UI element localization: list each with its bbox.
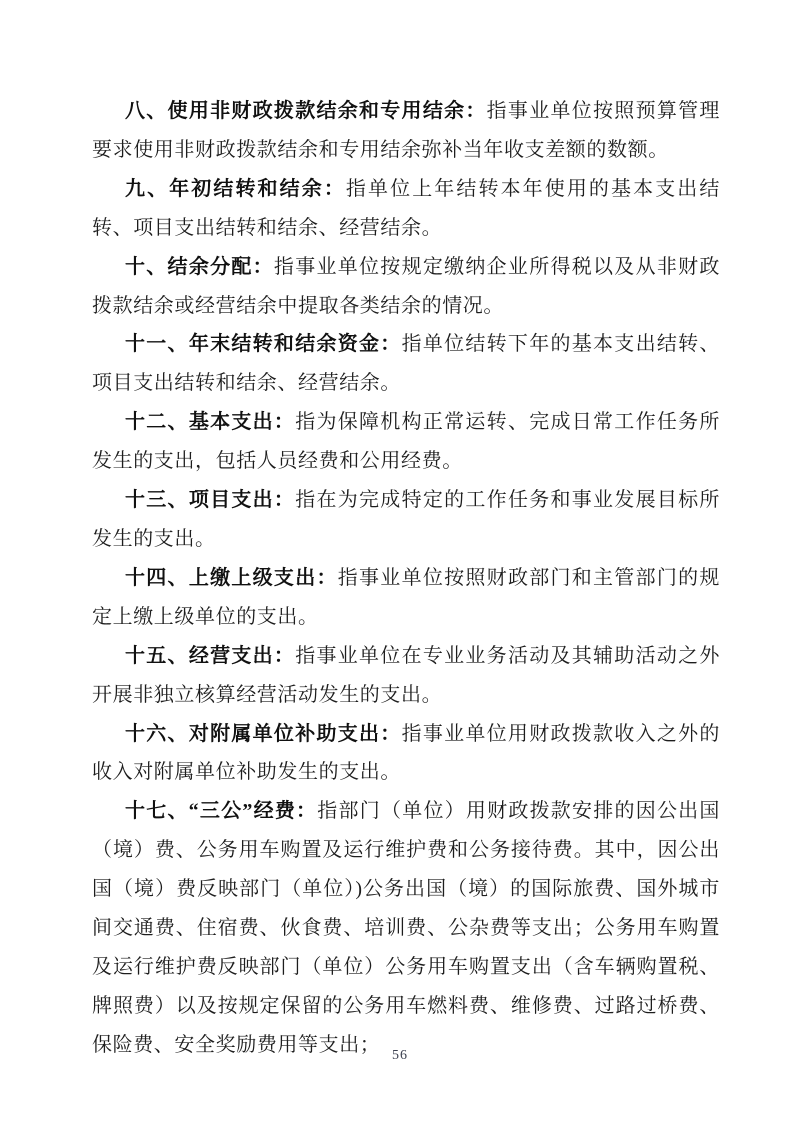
glossary-term: 十七、“三公”经费： [125, 800, 317, 822]
glossary-paragraph: 十五、经营支出：指事业单位在专业业务活动及其辅助活动之外开展非独立核算经营活动发… [92, 637, 720, 715]
glossary-term: 八、使用非财政拨款结余和专用结余： [125, 100, 487, 122]
glossary-term: 十一、年末结转和结余资金： [125, 333, 402, 355]
glossary-term: 十二、基本支出： [125, 411, 295, 433]
document-body: 八、使用非财政拨款结余和专用结余：指事业单位按照预算管理要求使用非财政拨款结余和… [92, 92, 720, 1065]
page-number: 56 [0, 1048, 800, 1064]
glossary-term: 十四、上缴上级支出： [125, 567, 338, 589]
glossary-term: 十三、项目支出： [125, 489, 295, 511]
glossary-paragraph: 十七、“三公”经费：指部门（单位）用财政拨款安排的因公出国（境）费、公务用车购置… [92, 792, 720, 1064]
glossary-paragraph: 十一、年末结转和结余资金：指单位结转下年的基本支出结转、项目支出结转和结余、经营… [92, 325, 720, 403]
glossary-paragraph: 八、使用非财政拨款结余和专用结余：指事业单位按照预算管理要求使用非财政拨款结余和… [92, 92, 720, 170]
glossary-paragraph: 十三、项目支出：指在为完成特定的工作任务和事业发展目标所发生的支出。 [92, 481, 720, 559]
glossary-definition: 指部门（单位）用财政拨款安排的因公出国（境）费、公务用车购置及运行维护费和公务接… [92, 800, 720, 1055]
document-page: 八、使用非财政拨款结余和专用结余：指事业单位按照预算管理要求使用非财政拨款结余和… [0, 0, 800, 1131]
glossary-paragraph: 十六、对附属单位补助支出：指事业单位用财政拨款收入之外的收入对附属单位补助发生的… [92, 715, 720, 793]
glossary-paragraph: 十四、上缴上级支出：指事业单位按照财政部门和主管部门的规定上缴上级单位的支出。 [92, 559, 720, 637]
glossary-term: 十六、对附属单位补助支出： [125, 723, 402, 745]
glossary-term: 十、结余分配： [125, 256, 274, 278]
glossary-paragraph: 十、结余分配：指事业单位按规定缴纳企业所得税以及从非财政拨款结余或经营结余中提取… [92, 248, 720, 326]
glossary-term: 十五、经营支出： [125, 645, 295, 667]
glossary-paragraph: 十二、基本支出：指为保障机构正常运转、完成日常工作任务所发生的支出，包括人员经费… [92, 403, 720, 481]
glossary-paragraph: 九、年初结转和结余：指单位上年结转本年使用的基本支出结转、项目支出结转和结余、经… [92, 170, 720, 248]
glossary-term: 九、年初结转和结余： [125, 178, 346, 200]
